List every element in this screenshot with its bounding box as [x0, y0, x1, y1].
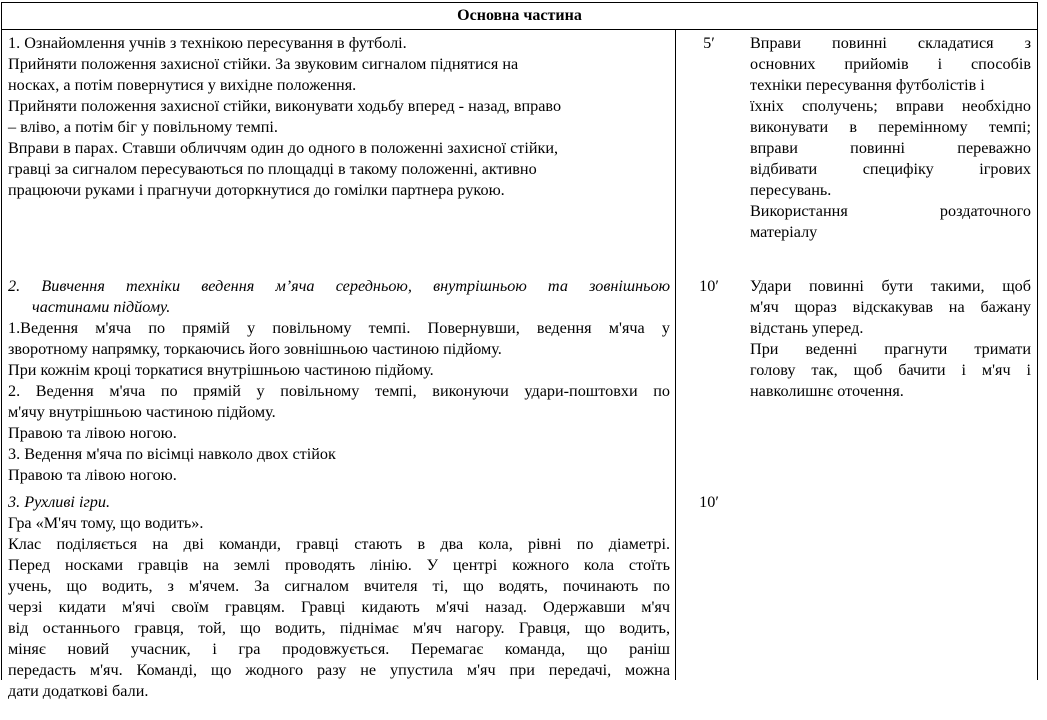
- methodical-notes-column: Вправи повинні складатися зосновних прий…: [748, 30, 1031, 680]
- exercise-text-line: 3. Рухливі ігри.: [8, 492, 670, 513]
- methodical-note-line: м'яч щораз відскакував на бажану: [750, 297, 1031, 318]
- methodical-note-line: При веденні прагнути тримати: [750, 339, 1031, 360]
- methodical-note-line: пересувань.: [750, 180, 1031, 201]
- exercise-text-line: 1.Ведення м'яча по прямій у повільному т…: [8, 318, 670, 339]
- methodical-note-line: техніки пересування футболістів і: [750, 75, 1031, 96]
- exercise-text-line: м'ячу внутрішньою частиною підйому.: [8, 402, 670, 423]
- methodical-note-line: їхніх сполучень; вправи необхідно: [750, 96, 1031, 117]
- exercise-text-line: від останнього гравця, той, що водить, п…: [8, 618, 670, 639]
- methodical-note-line: відстань уперед.: [750, 318, 1031, 339]
- exercise-text-line: зворотному напрямку, торкаючись його зов…: [8, 339, 670, 360]
- lesson-plan-table: Основна частина 1. Ознайомлення учнів з …: [1, 2, 1038, 680]
- exercise-text-line: черзі кидати м'ячі своїм гравцям. Гравці…: [8, 597, 670, 618]
- exercise-text-line: передасть м'яч. Команді, що жодного разу…: [8, 660, 670, 681]
- exercise-text-line: Гра «М'яч тому, що водить».: [8, 513, 670, 534]
- exercise-text-line: Клас поділяється на дві команди, гравці …: [8, 534, 670, 555]
- duration-value: 5′: [678, 33, 740, 54]
- exercise-text-line: 2. Ведення м'яча по прямій у повільному …: [8, 381, 670, 402]
- exercise-text-line: дати додаткові бали.: [8, 681, 670, 702]
- methodical-note-line: вправи повинні переважно: [750, 138, 1031, 159]
- methodical-note-line: голову так, щоб бачити і м'яч і: [750, 360, 1031, 381]
- exercise-text-line: носках, а потім повернутися у вихідне по…: [8, 75, 670, 96]
- exercise-content-column: 1. Ознайомлення учнів з технікою пересув…: [2, 30, 676, 680]
- exercise-text-line: 2. Вивчення техніки ведення м’яча середн…: [8, 276, 670, 297]
- exercise-text-line: Прийняти положення захисної стійки. За з…: [8, 54, 670, 75]
- table-body-row: 1. Ознайомлення учнів з технікою пересув…: [2, 30, 1037, 680]
- methodical-note-line: виконувати в перемінному темпі;: [750, 117, 1031, 138]
- exercise-text-line: частинами підйому.: [32, 297, 670, 318]
- exercise-text-line: Вправи в парах. Ставши обличчям один до …: [8, 138, 670, 159]
- exercise-text-line: 1. Ознайомлення учнів з технікою пересув…: [8, 33, 670, 54]
- methodical-note-line: матеріалу: [750, 222, 1031, 243]
- exercise-text-line: міняє новий учасник, і гра продовжується…: [8, 639, 670, 660]
- exercise-text-line: Правою та лівою ногою.: [8, 423, 670, 444]
- methodical-note-line: основних прийомів і способів: [750, 54, 1031, 75]
- exercise-text-line: Прийняти положення захисної стійки, вико…: [8, 96, 670, 117]
- exercise-text-line: гравці за сигналом пересуваються по площ…: [8, 159, 670, 180]
- exercise-text-line: учень, що водить, з м'ячем. За сигналом …: [8, 576, 670, 597]
- methodical-note-line: відбивати специфіку ігрових: [750, 159, 1031, 180]
- exercise-text-line: Перед носками гравців на землі проводять…: [8, 555, 670, 576]
- exercise-text-line: 3. Ведення м'яча по вісімці навколо двох…: [8, 444, 670, 465]
- methodical-note-line: Використання роздаточного: [750, 201, 1031, 222]
- exercise-text-line: – вліво, а потім біг у повільному темпі.: [8, 117, 670, 138]
- duration-value: 10′: [678, 492, 740, 513]
- exercise-text-line: працюючи руками і прагнучи доторкнутися …: [8, 180, 670, 201]
- table-header: Основна частина: [2, 3, 1037, 30]
- exercise-text-line: Правою та лівою ногою.: [8, 465, 670, 486]
- duration-column: 5′10′10′: [678, 30, 748, 680]
- methodical-note-line: Удари повинні бути такими, щоб: [750, 276, 1031, 297]
- header-title: Основна частина: [457, 7, 582, 25]
- duration-value: 10′: [678, 276, 740, 297]
- methodical-note-line: Вправи повинні складатися з: [750, 33, 1031, 54]
- exercise-text-line: При кожнім кроці торкатися внутрішньою ч…: [8, 360, 670, 381]
- methodical-note-line: навколишнє оточення.: [750, 381, 1031, 402]
